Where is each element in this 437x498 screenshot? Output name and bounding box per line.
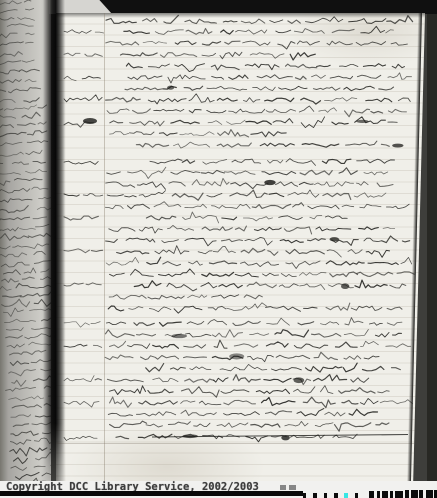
scan-border-bar — [0, 491, 303, 496]
book-spine-gutter — [43, 0, 65, 481]
scan-artifact — [280, 485, 286, 490]
register-page — [56, 13, 425, 481]
top-black-band — [90, 0, 437, 14]
scanned-register-screenshot: Copyright DCC Library Service, 2002/2003 — [0, 0, 437, 498]
scan-artifact — [289, 485, 296, 490]
scan-right-edge — [427, 0, 437, 481]
handwriting-layer — [56, 13, 425, 481]
